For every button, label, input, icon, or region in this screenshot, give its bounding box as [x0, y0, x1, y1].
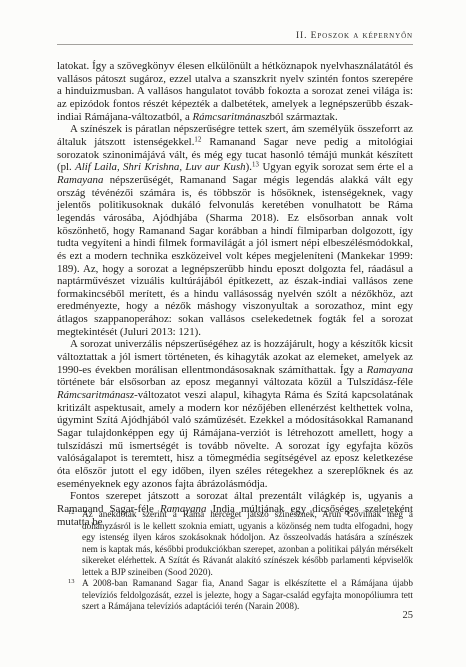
text-run: Ugyan egyik sorozat sem érte el a [259, 161, 413, 173]
running-header-title: II. Eposzok a képernyőn [57, 31, 413, 41]
body-text: latokat. Így a szövegkönyv élesen elkülö… [57, 60, 413, 528]
paragraph: A sorozat univerzális népszerűségéhez az… [57, 338, 413, 490]
footnote-number: 12 [68, 507, 75, 519]
paragraph: A színészek is páratlan népszerűségre te… [57, 123, 413, 338]
footnote: 12Az anekdoták szerint a Ráma herceget j… [57, 509, 413, 578]
text-run: története bár elsősorban az eposz megann… [57, 376, 413, 388]
footnote-number: 13 [68, 576, 75, 588]
page-number: 25 [57, 610, 413, 621]
text-run: ból származtak. [270, 111, 338, 123]
italic-title: Ramayana [367, 364, 413, 376]
header-rule [57, 44, 413, 45]
footnote: 13A 2008-ban Ramanand Sagar fia, Anand S… [57, 578, 413, 613]
page-header: II. Eposzok a képernyőn [57, 31, 413, 45]
paragraph: latokat. Így a szövegkönyv élesen elkülö… [57, 60, 413, 123]
text-run: A sorozat univerzális népszerűségéhez az… [57, 338, 413, 375]
italic-title: Ramayana [57, 174, 103, 186]
text-run: népszerűségét, Ramanand Sagar mégis lege… [57, 174, 413, 338]
italic-title: Rámcsaritmánasz [57, 389, 134, 401]
footnotes: 12Az anekdoták szerint a Ráma herceget j… [57, 509, 413, 613]
footnote-text: A 2008-ban Ramanand Sagar fia, Anand Sag… [82, 578, 413, 611]
book-page: II. Eposzok a képernyőn latokat. Így a s… [0, 0, 466, 667]
italic-title: Alif Laila, Shri Krishna, Luv aur Kush [75, 161, 246, 173]
footnote-text: Az anekdoták szerint a Ráma herceget ját… [82, 509, 413, 577]
italic-title: Rámcsaritmánasz [193, 111, 270, 123]
text-run: -változatot veszi alapul, kihagyta Ráma … [57, 389, 413, 490]
footnote-ref: 12 [194, 136, 201, 143]
